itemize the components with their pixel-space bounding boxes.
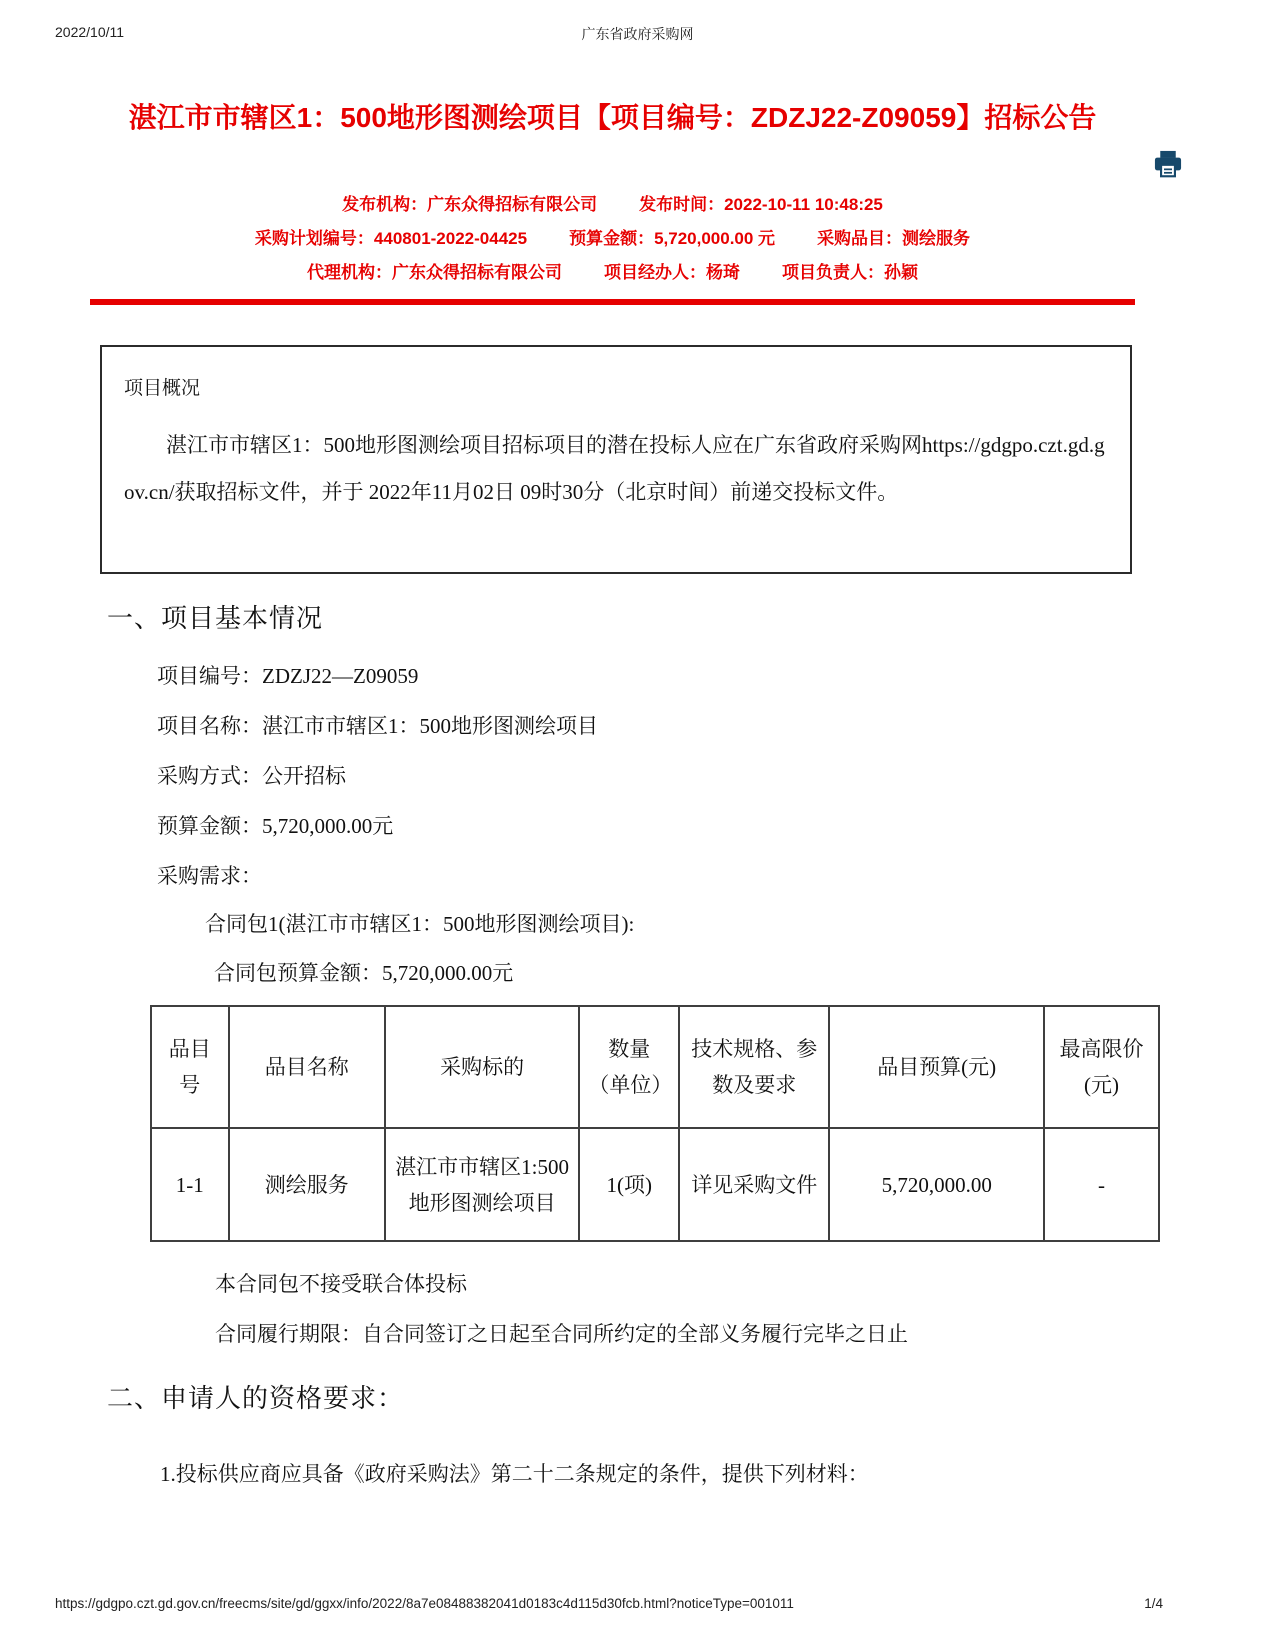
- cell-subject: 湛江市市辖区1:500地形图测绘项目: [385, 1128, 580, 1241]
- table-header-quantity: 数量（单位）: [579, 1006, 679, 1128]
- cell-price-cap: -: [1044, 1128, 1159, 1241]
- cell-item-no: 1-1: [151, 1128, 229, 1241]
- requirement-item-1: 1.投标供应商应具备《政府采购法》第二十二条规定的条件，提供下列材料：: [160, 1458, 869, 1488]
- project-overview-box: 项目概况 湛江市市辖区1：500地形图测绘项目招标项目的潜在投标人应在广东省政府…: [100, 345, 1132, 574]
- budget-amount: 预算金额：5,720,000.00 元: [569, 224, 775, 249]
- field-project-number: 项目编号：ZDZJ22—Z09059: [157, 660, 418, 690]
- overview-paragraph: 湛江市市辖区1：500地形图测绘项目招标项目的潜在投标人应在广东省政府采购网ht…: [124, 422, 1108, 516]
- notice-meta-row: 采购计划编号：440801-2022-04425 预算金额：5,720,000.…: [90, 224, 1135, 249]
- field-budget-amount: 预算金额：5,720,000.00元: [157, 810, 393, 840]
- table-header-subject: 采购标的: [385, 1006, 580, 1128]
- procurement-category: 采购品目：测绘服务: [817, 224, 970, 249]
- field-procurement-method: 采购方式：公开招标: [157, 760, 346, 790]
- table-row: 1-1 测绘服务 湛江市市辖区1:500地形图测绘项目 1(项) 详见采购文件 …: [151, 1128, 1159, 1241]
- print-header-site-name: 广东省政府采购网: [0, 24, 1275, 44]
- section1-heading: 一、项目基本情况: [107, 598, 323, 635]
- publisher: 发布机构：广东众得招标有限公司: [342, 190, 597, 215]
- field-project-name: 项目名称：湛江市市辖区1：500地形图测绘项目: [157, 710, 598, 740]
- print-footer-url: https://gdgpo.czt.gd.gov.cn/freecms/site…: [55, 1596, 794, 1611]
- printer-icon[interactable]: [1152, 148, 1184, 180]
- publish-time: 发布时间：2022-10-11 10:48:25: [639, 190, 883, 215]
- overview-heading: 项目概况: [124, 373, 1108, 400]
- table-header-item-budget: 品目预算(元): [829, 1006, 1044, 1128]
- table-header-item-name: 品目名称: [229, 1006, 385, 1128]
- agency: 代理机构：广东众得招标有限公司: [307, 258, 562, 283]
- printer-icon-svg: [1152, 148, 1184, 180]
- table-header-specs: 技术规格、参数及要求: [679, 1006, 829, 1128]
- note-contract-period: 合同履行期限：自合同签订之日起至合同所约定的全部义务履行完毕之日止: [215, 1318, 908, 1348]
- notice-title: 湛江市市辖区1：500地形图测绘项目【项目编号：ZDZJ22-Z09059】招标…: [90, 98, 1135, 138]
- cell-specs: 详见采购文件: [679, 1128, 829, 1241]
- contract-budget-line: 合同包预算金额：5,720,000.00元: [214, 957, 513, 987]
- cell-item-budget: 5,720,000.00: [829, 1128, 1044, 1241]
- notice-meta-row: 发布机构：广东众得招标有限公司 发布时间：2022-10-11 10:48:25: [90, 190, 1135, 215]
- cell-quantity: 1(项): [579, 1128, 679, 1241]
- table-header-item-no: 品目号: [151, 1006, 229, 1128]
- table-header-row: 品目号 品目名称 采购标的 数量（单位） 技术规格、参数及要求 品目预算(元) …: [151, 1006, 1159, 1128]
- contract-package-line: 合同包1(湛江市市辖区1：500地形图测绘项目):: [205, 908, 634, 938]
- procurement-plan-number: 采购计划编号：440801-2022-04425: [255, 224, 527, 249]
- red-divider: [90, 299, 1135, 305]
- cell-item-name: 测绘服务: [229, 1128, 385, 1241]
- section2-heading: 二、申请人的资格要求：: [107, 1378, 404, 1415]
- field-procurement-demand: 采购需求：: [157, 860, 262, 890]
- items-table: 品目号 品目名称 采购标的 数量（单位） 技术规格、参数及要求 品目预算(元) …: [150, 1005, 1160, 1242]
- note-no-consortium: 本合同包不接受联合体投标: [215, 1268, 467, 1298]
- project-leader: 项目负责人：孙颖: [782, 258, 918, 283]
- table-header-price-cap: 最高限价(元): [1044, 1006, 1159, 1128]
- print-footer-page-indicator: 1/4: [1144, 1596, 1163, 1611]
- notice-meta-row: 代理机构：广东众得招标有限公司 项目经办人：杨琦 项目负责人：孙颖: [90, 258, 1135, 283]
- project-handler: 项目经办人：杨琦: [604, 258, 740, 283]
